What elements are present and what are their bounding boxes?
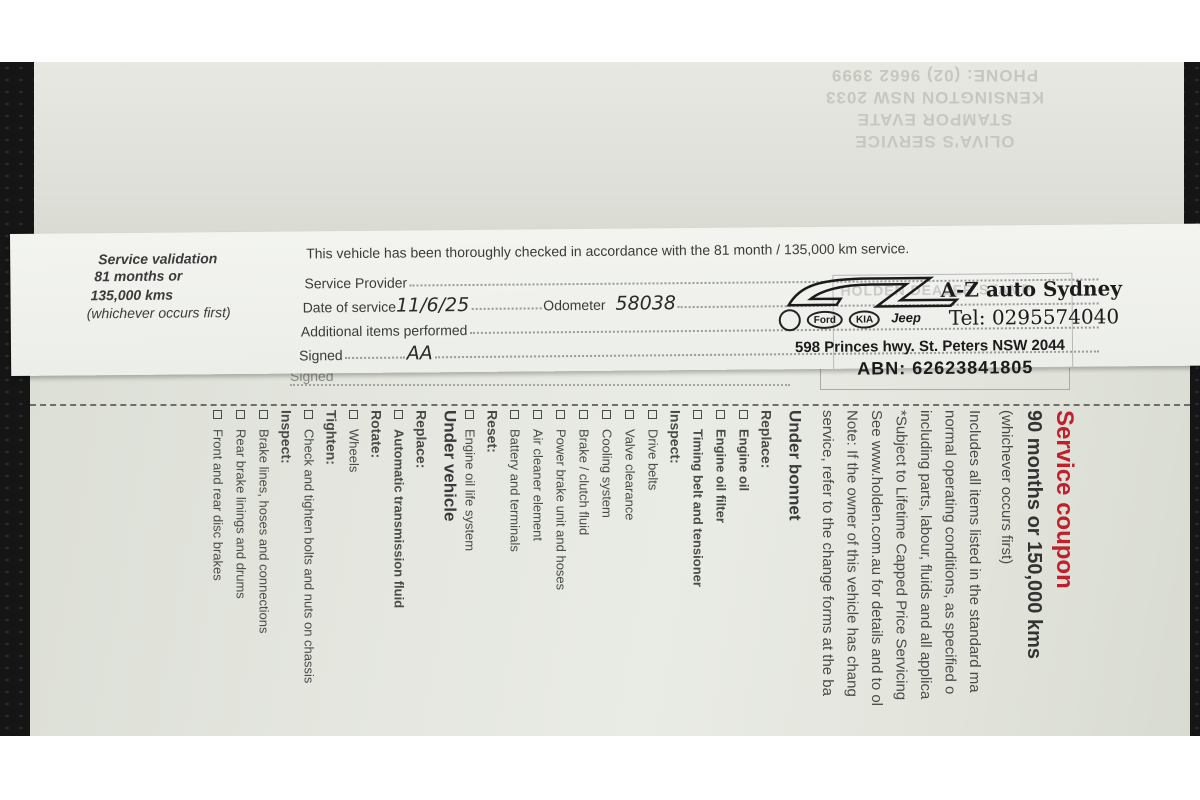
validation-title: Service validation <box>98 250 230 267</box>
coupon-description-line: service, refer to the change forms at th… <box>819 410 836 696</box>
checkbox-icon[interactable] <box>394 410 403 419</box>
signed-label: Signed <box>299 347 343 363</box>
section-title: Under vehicle <box>440 410 460 522</box>
checklist-item[interactable]: Engine oil life system <box>463 410 478 551</box>
group-label: Replace: <box>414 410 430 468</box>
checkbox-icon[interactable] <box>579 410 588 419</box>
coupon-description-line: normal operating conditions, as specifie… <box>942 410 959 694</box>
checklist-item[interactable]: Check and tighten bolts and nuts on chas… <box>302 410 317 683</box>
checklist-item[interactable]: Drive belts <box>646 410 661 490</box>
validation-kms: 135,000 kms <box>90 285 230 305</box>
document-photo: OLIVA'S SERVICE STAMPOR EVATE KENSINGTON… <box>0 62 1200 736</box>
bleed-through-text: OLIVA'S SERVICE STAMPOR EVATE KENSINGTON… <box>825 64 1044 152</box>
holden-logo-icon <box>779 309 801 331</box>
coupon-title: Service coupon <box>1050 410 1078 589</box>
odometer-label: Odometer <box>543 297 605 314</box>
validation-block: Service validation 81 months or 135,000 … <box>80 250 231 321</box>
service-coupon-page: Signed Service coupon90 months or 150,00… <box>30 362 1190 736</box>
section-title: Under bonnet <box>785 410 805 521</box>
checkbox-icon[interactable] <box>533 410 542 419</box>
group-label: Tighten: <box>324 410 340 465</box>
dealer-stamp: HOLDEN DEALER STAMP A-Z auto Sydney Ford… <box>770 272 1151 375</box>
group-label: Replace: <box>759 410 775 468</box>
checkbox-icon[interactable] <box>625 410 634 419</box>
cut-line-dashed <box>30 404 1190 406</box>
additional-items-label: Additional items performed <box>301 322 468 339</box>
service-provider-label: Service Provider <box>304 275 407 292</box>
top-page: OLIVA'S SERVICE STAMPOR EVATE KENSINGTON… <box>34 62 1184 240</box>
jeep-logo-icon: Jeep <box>886 310 926 328</box>
brand-logos: Ford KIA Jeep <box>779 308 926 331</box>
checkbox-icon[interactable] <box>236 410 245 419</box>
checkbox-icon[interactable] <box>304 410 313 419</box>
checklist-item[interactable]: Timing belt and tensioner <box>691 410 706 587</box>
service-validation-strip: Service validation 81 months or 135,000 … <box>10 224 1200 376</box>
checkbox-icon[interactable] <box>510 410 519 419</box>
validation-note: (whichever occurs first) <box>87 304 231 321</box>
group-label: Rotate: <box>369 410 385 458</box>
validation-months: 81 months or <box>94 266 230 286</box>
date-label: Date of service <box>303 299 397 316</box>
odometer-value: 58038 <box>615 294 676 313</box>
checklist-item[interactable]: Brake / clutch fluid <box>577 410 592 535</box>
checklist-item[interactable]: Engine oil <box>737 410 752 491</box>
signature: AA <box>407 344 433 362</box>
checklist-item[interactable]: Air cleaner element <box>531 410 546 541</box>
checklist-item[interactable]: Valve clearance <box>623 410 638 521</box>
group-label: Reset: <box>485 410 501 453</box>
coupon-subnote: (whichever occurs first) <box>998 410 1015 564</box>
coupon-description-line: See www.holden.com.au for details and to… <box>868 410 885 706</box>
az-logo-icon <box>780 274 960 312</box>
dealer-abn: ABN: 62623841805 <box>857 357 1033 380</box>
checkbox-icon[interactable] <box>648 410 657 419</box>
dealer-phone: Tel: 0295574040 <box>949 304 1120 329</box>
kia-logo-icon: KIA <box>849 310 880 328</box>
coupon-description-line: including parts, labour, fluids and all … <box>917 410 934 699</box>
dealer-address: 598 Princes hwy. St. Peters NSW 2044 <box>795 337 1065 356</box>
ford-logo-icon: Ford <box>807 311 843 329</box>
checkbox-icon[interactable] <box>556 410 565 419</box>
checkbox-icon[interactable] <box>716 410 725 419</box>
checkbox-icon[interactable] <box>349 410 358 419</box>
checklist-item[interactable]: Battery and terminals <box>508 410 523 552</box>
checkbox-icon[interactable] <box>465 410 474 419</box>
coupon-subtitle: 90 months or 150,000 kms <box>1022 410 1045 659</box>
coupon-description-line: *Subject to Lifetime Capped Price Servic… <box>893 410 910 700</box>
checklist-item[interactable]: Automatic transmission fluid <box>392 410 407 608</box>
date-value: 11/6/25 <box>396 296 469 315</box>
group-label: Inspect: <box>668 410 684 464</box>
checklist-item[interactable]: Front and rear disc brakes <box>211 410 226 581</box>
checkbox-icon[interactable] <box>213 410 222 419</box>
checkbox-icon[interactable] <box>693 410 702 419</box>
checklist-item[interactable]: Cooling system <box>600 410 615 518</box>
checkbox-icon[interactable] <box>739 410 748 419</box>
checkbox-icon[interactable] <box>259 410 268 419</box>
checklist-item[interactable]: Rear brake linings and drums <box>234 410 249 599</box>
checkbox-icon[interactable] <box>602 410 611 419</box>
coupon-description-line: Includes all items listed in the standar… <box>966 410 983 693</box>
dealer-name: A-Z auto Sydney <box>940 276 1122 302</box>
checklist-item[interactable]: Power brake unit and hoses <box>554 410 569 590</box>
checklist-item[interactable]: Wheels <box>347 410 362 472</box>
group-label: Inspect: <box>279 410 295 464</box>
checklist-item[interactable]: Engine oil filter <box>714 410 729 523</box>
coupon-description-line: Note: If the owner of this vehicle has c… <box>844 410 861 697</box>
checklist-item[interactable]: Brake lines, hoses and connections <box>257 410 272 634</box>
